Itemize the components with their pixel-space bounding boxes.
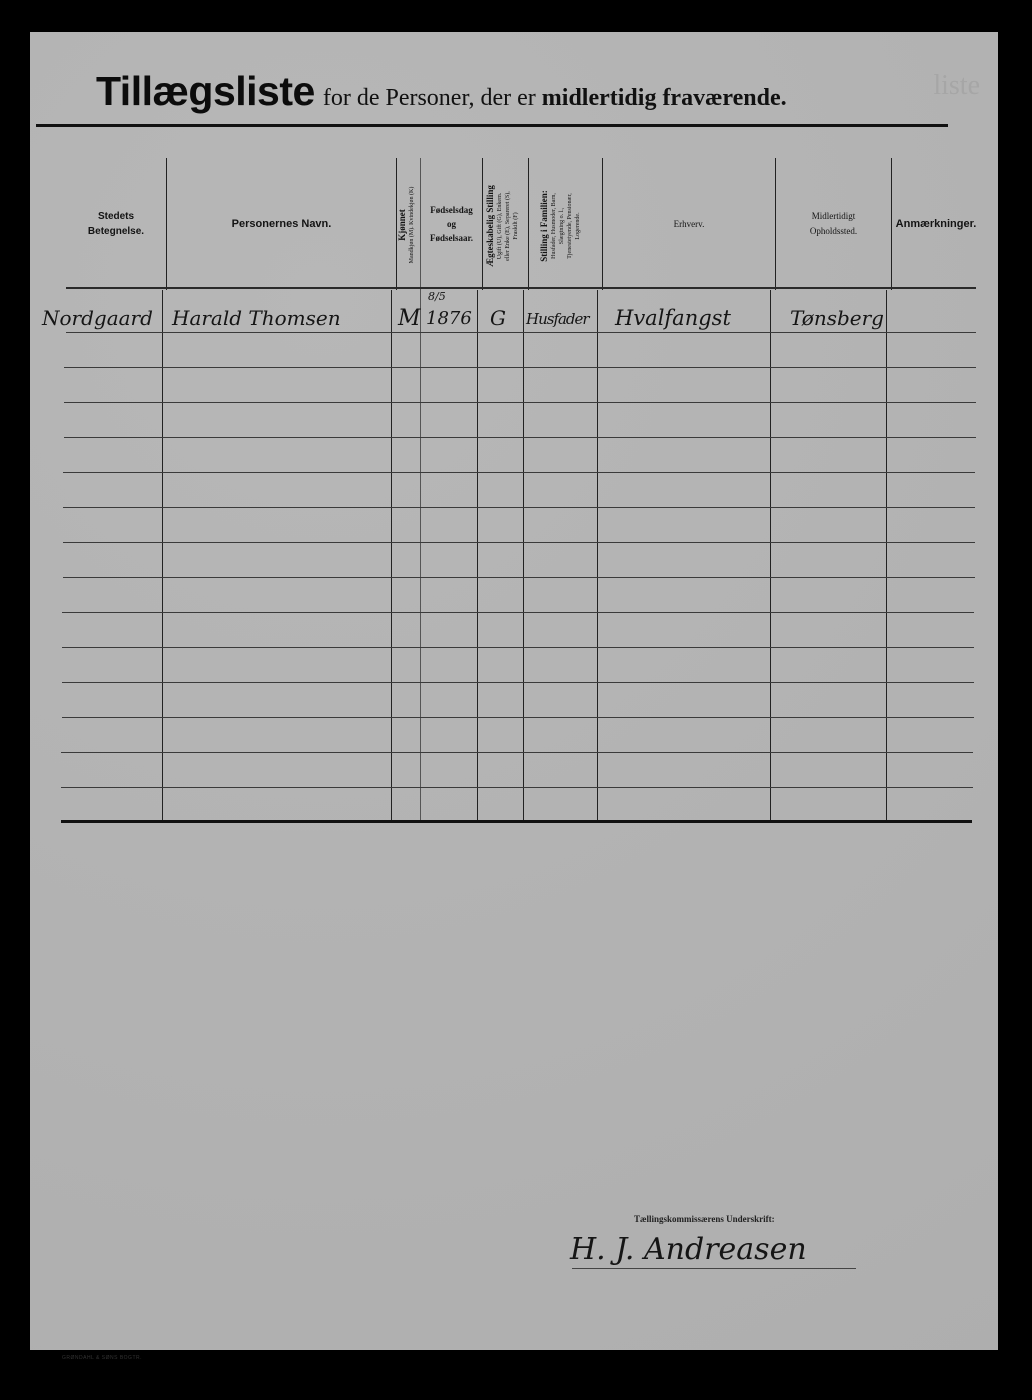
signature-line	[572, 1268, 856, 1269]
row-line	[64, 402, 976, 403]
row-line	[63, 542, 975, 543]
signature: H. J. Andreasen	[570, 1232, 807, 1267]
bleed-through-text: liste	[933, 70, 980, 102]
row-line	[61, 752, 973, 753]
cell-fodselsdag: 8/5	[428, 290, 446, 303]
header-stilling-i-familien: Stilling i Familien: Husfader, Husmoder,…	[539, 164, 591, 288]
bottom-rule	[61, 820, 972, 823]
cell-personernes-navn: Harald Thomsen	[172, 306, 341, 330]
cell-fodselsaar: 1876	[426, 308, 472, 329]
row-line	[62, 612, 974, 613]
form-title: Tillægslistefor de Personer, der er midl…	[96, 68, 936, 115]
printer-mark: GRØNDAHL & SØNS BOGTR.	[62, 1355, 142, 1361]
row-line	[63, 472, 975, 473]
row-line	[64, 367, 976, 368]
header-fodselsdag: Fødselsdag og Fødselsaar.	[421, 160, 482, 287]
col-divider	[477, 290, 478, 820]
top-rule	[36, 124, 948, 127]
header-midlertidigt-opholdssted: Midlertidigt Opholdssted.	[776, 160, 891, 287]
header-kjonnet: Kjønnet Mandkjøn (M). Kvindekjøn (K)	[397, 162, 419, 288]
row-line	[63, 577, 975, 578]
row-line	[66, 332, 976, 333]
col-divider	[162, 290, 163, 820]
header-personernes-navn: Personernes Navn.	[167, 160, 396, 287]
col-divider	[528, 158, 529, 290]
header-anmaerkninger: Anmærkninger.	[892, 160, 980, 287]
cell-stilling-i-familien: Husfader	[526, 310, 589, 328]
form-title-main: Tillægsliste	[96, 68, 315, 114]
header-stedets-betegnelse: Stedets Betegnelse.	[66, 160, 166, 287]
row-line	[61, 787, 973, 788]
signature-label: Tællingskommissærens Underskrift:	[634, 1214, 775, 1224]
row-line	[62, 682, 974, 683]
row-line	[63, 507, 975, 508]
col-divider	[523, 290, 524, 820]
col-divider	[391, 290, 392, 820]
row-line	[64, 437, 976, 438]
row-line	[62, 717, 974, 718]
header-egteskabelig-stilling: Ægteskabelig Stilling Ugift (U), Gift (G…	[485, 164, 525, 288]
col-divider	[886, 290, 887, 820]
col-divider	[770, 290, 771, 820]
form-title-subtitle: for de Personer, der er midlertidig frav…	[323, 85, 787, 111]
header-erhverv: Erhverv.	[603, 160, 775, 287]
cell-midlertidigt-opholdssted: Tønsberg	[790, 306, 884, 330]
cell-kjonnet: M	[398, 306, 421, 331]
row-line	[62, 647, 974, 648]
col-divider	[482, 158, 483, 290]
cell-egteskabelig-stilling: G	[490, 306, 506, 330]
col-divider	[597, 290, 598, 820]
cell-stedets-betegnelse: Nordgaard	[42, 306, 153, 330]
cell-erhverv: Hvalfangst	[615, 306, 731, 330]
